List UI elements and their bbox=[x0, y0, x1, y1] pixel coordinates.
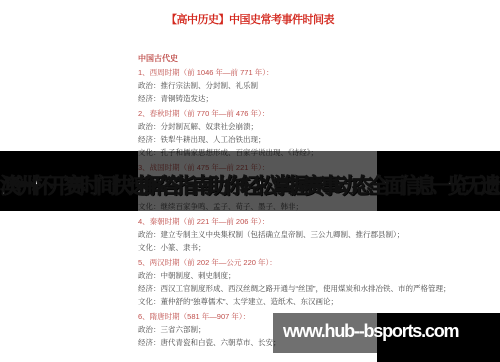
section-label: 中国古代史 bbox=[138, 53, 178, 64]
thumbnail-canvas: 【高中历史】中国史常考事件时间表 中国古代史 1、西周时期（前 1046 年—前… bbox=[0, 0, 500, 362]
timeline-line: 文化：小篆、隶书； bbox=[138, 241, 498, 254]
timeline-heading: 5、两汉时期（前 202 年—公元 220 年）： bbox=[138, 256, 498, 269]
timeline-line: 经济：西汉工官制度形成、西汉丝绸之路开通与“丝国”，使用煤炭和水排冶铁、市的严格… bbox=[138, 282, 498, 295]
timeline-line: 政治：分封制瓦解、奴隶社会崩溃； bbox=[138, 120, 498, 133]
headline-text: 澳洲杯开赛时间快速解答指南助你轻松掌握赛事动态全面信息一览无遗 bbox=[0, 170, 500, 200]
timeline-heading: 1、西周时期（前 1046 年—前 771 年）： bbox=[138, 66, 498, 79]
timeline-line: 政治：建立专制主义中央集权制（包括确立皇帝制、三公九卿制、推行郡县制）； bbox=[138, 228, 498, 241]
timeline-heading: 4、秦朝时期（前 221 年—前 206 年）： bbox=[138, 215, 498, 228]
document-title: 【高中历史】中国史常考事件时间表 bbox=[0, 11, 500, 27]
timeline-line: 政治：中朝制度、刺史制度； bbox=[138, 269, 498, 282]
timeline-line: 政治：推行宗法制、分封制、礼乐制 bbox=[138, 79, 498, 92]
timeline-line: 经济：青铜铸造发达； bbox=[138, 92, 498, 105]
watermark-text: www.hub--bsports.com bbox=[283, 321, 458, 342]
timeline-line: 经济：铁犁牛耕出现、人工冶铁出现； bbox=[138, 133, 498, 146]
timeline-line: 文化：董仲舒的“独尊儒术”、太学建立、造纸术、东汉画论； bbox=[138, 295, 498, 308]
timeline-heading: 2、春秋时期（前 770 年—前 476 年）： bbox=[138, 107, 498, 120]
